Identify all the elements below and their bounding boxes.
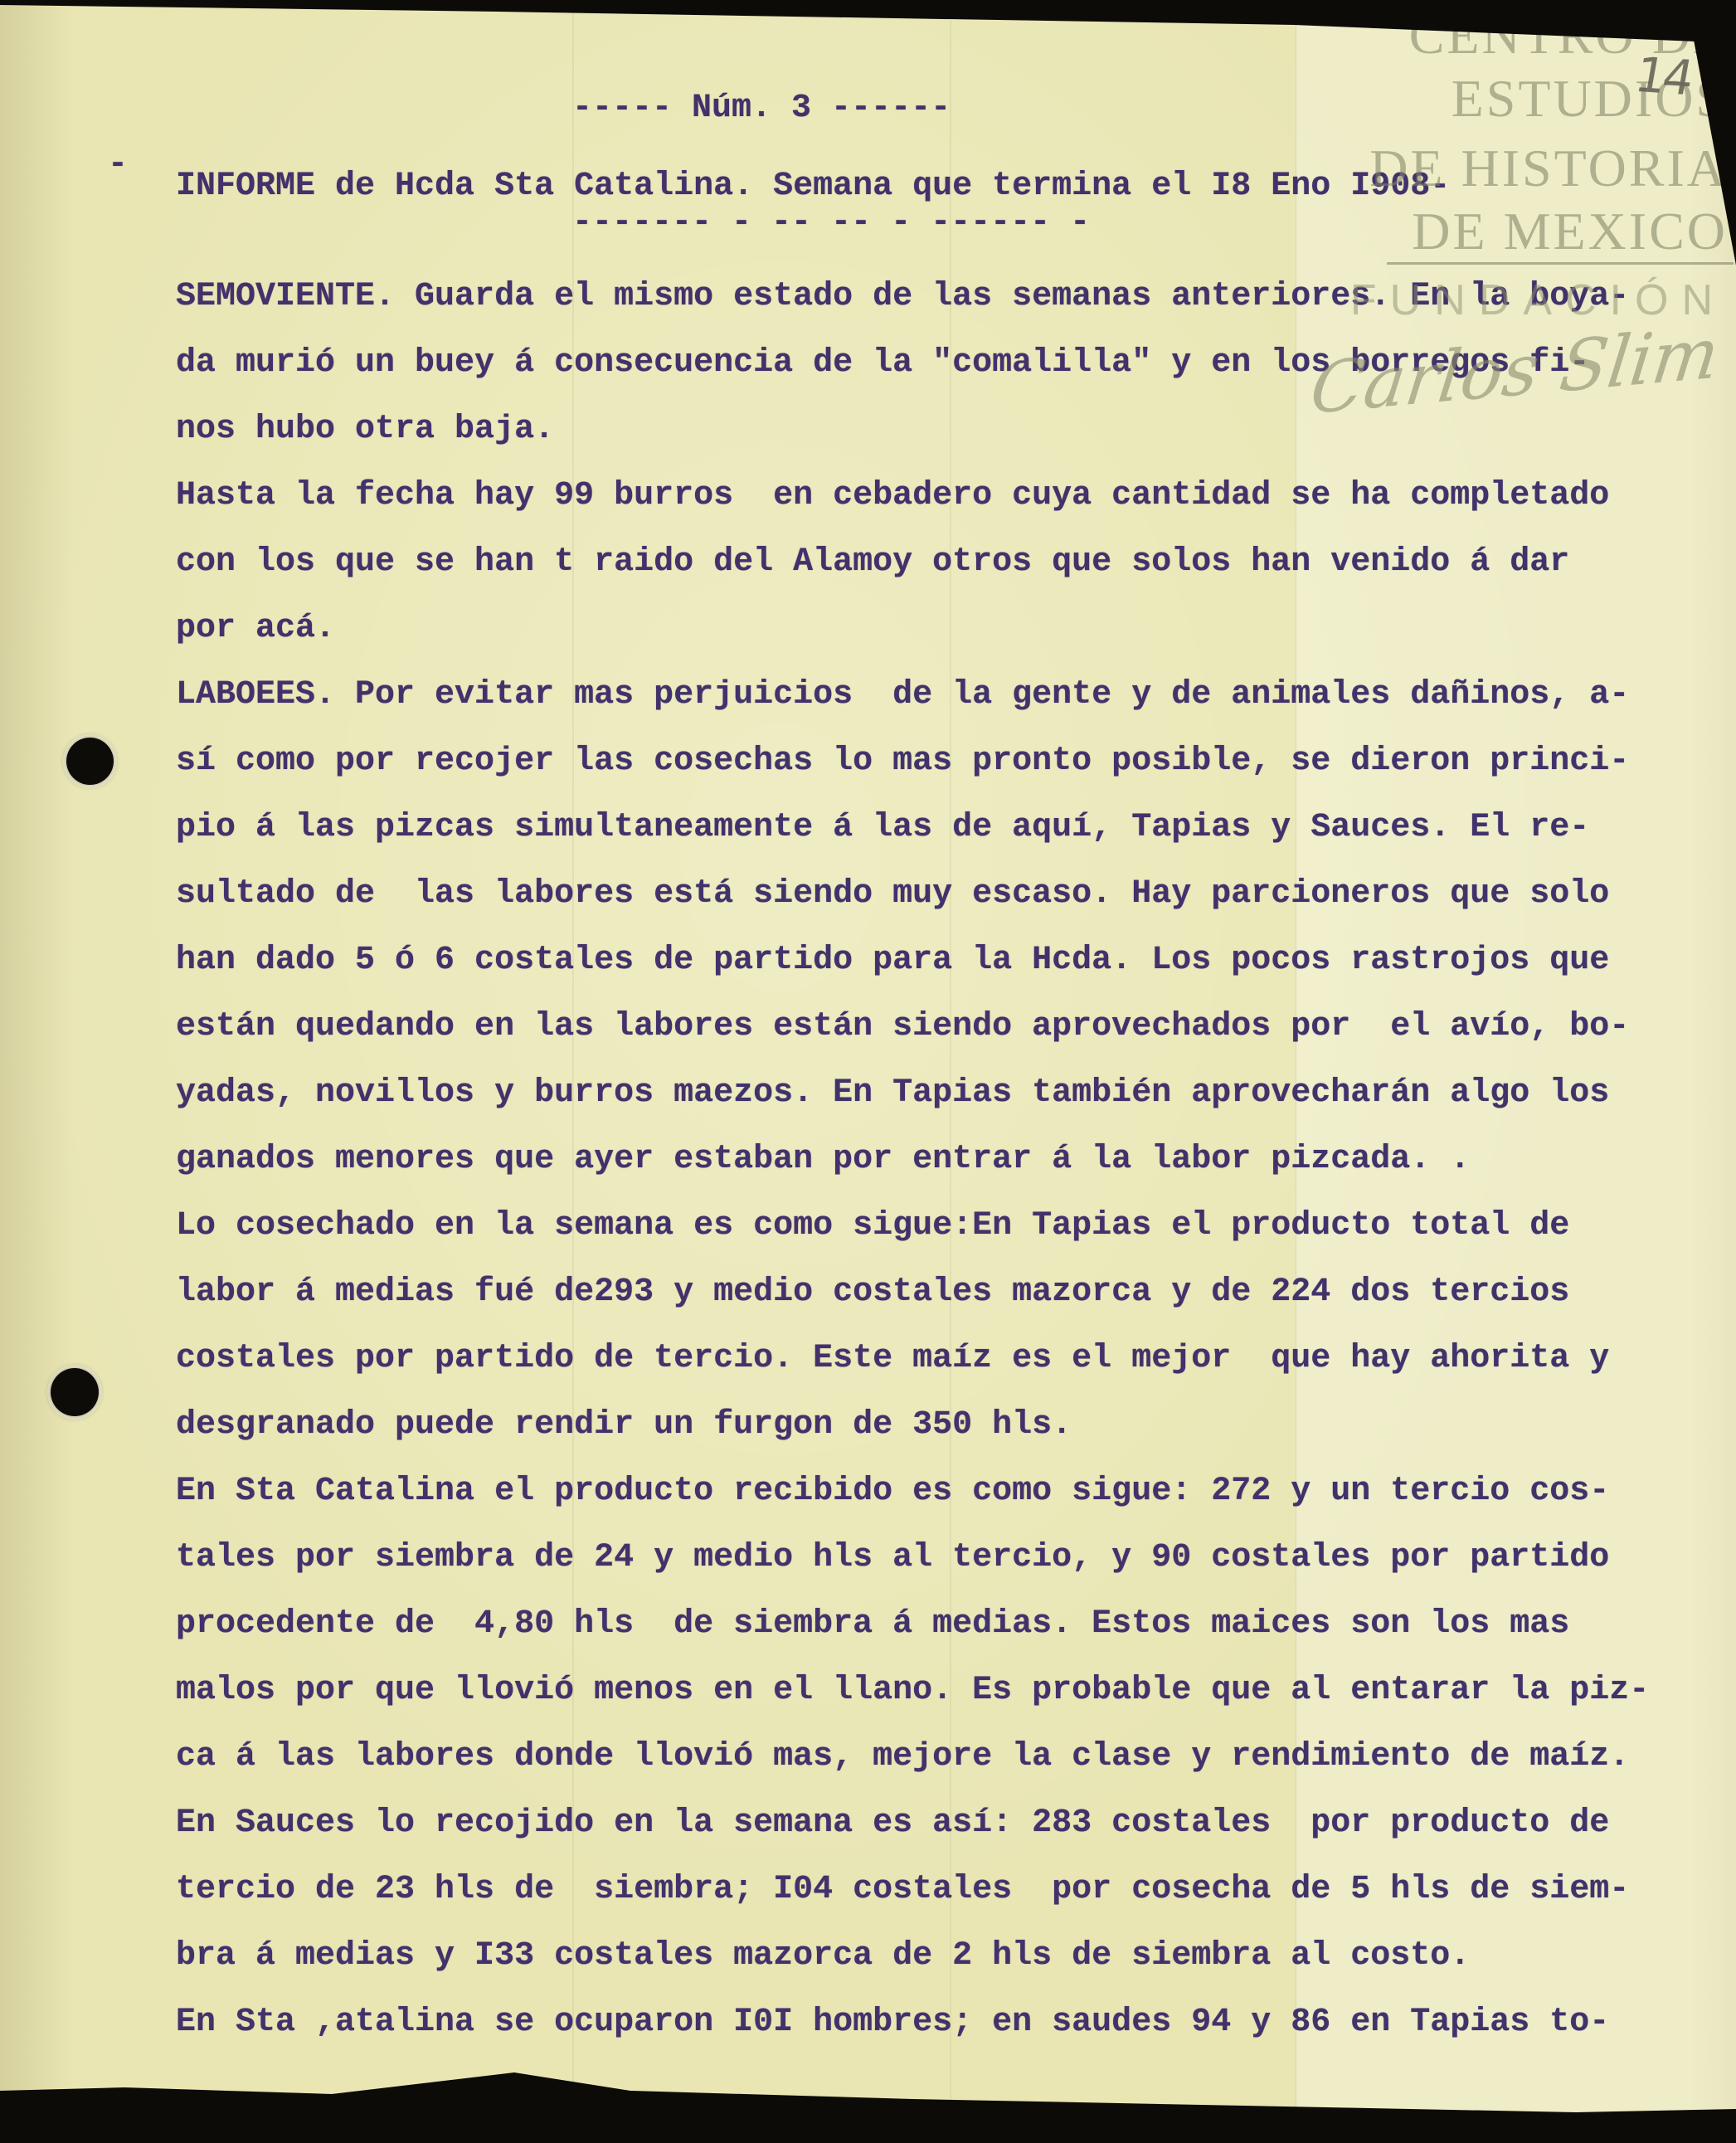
typed-line: Hasta la fecha hay 99 burros en cebadero… [176, 463, 1649, 529]
typed-line: tales por siembra de 24 y medio hls al t… [176, 1525, 1649, 1591]
typed-line: yadas, novillos y burros maezos. En Tapi… [176, 1060, 1649, 1127]
punch-hole [66, 738, 114, 785]
typed-line: labor á medias fué de293 y medio costale… [176, 1259, 1649, 1326]
typed-line: pio á las pizcas simultaneamente á las d… [176, 795, 1649, 861]
typed-line: Lo cosechado en la semana es como sigue:… [176, 1193, 1649, 1259]
page-number-line: ----- Núm. 3 ------ [572, 90, 951, 127]
watermark-de-historia: DE HISTORIA [1369, 138, 1728, 199]
typed-line: con los que se han t raido del Alamoy ot… [176, 529, 1649, 596]
typed-line: están quedando en las labores están sien… [176, 994, 1649, 1060]
report-body: SEMOVIENTE. Guarda el mismo estado de la… [176, 264, 1649, 2056]
typed-line: En Sauces lo recojido en la semana es as… [176, 1790, 1649, 1857]
typed-line: tercio de 23 hls de siembra; I04 costale… [176, 1857, 1649, 1923]
punch-hole [51, 1368, 99, 1416]
typed-line: sultado de las labores está siendo muy e… [176, 861, 1649, 928]
typed-line: En Sta Catalina el producto recibido es … [176, 1459, 1649, 1525]
pencil-number-note: 14 [1631, 46, 1695, 106]
typed-line: desgranado puede rendir un furgon de 350… [176, 1392, 1649, 1459]
report-title: INFORME de Hcda Sta Catalina. Semana que… [176, 168, 1450, 205]
scanned-document: ----- Núm. 3 ------ - INFORME de Hcda St… [0, 0, 1736, 2143]
watermark-rule [1387, 262, 1734, 265]
typed-line: procedente de 4,80 hls de siembra á medi… [176, 1591, 1649, 1658]
typed-line: ca á las labores donde llovió mas, mejor… [176, 1724, 1649, 1790]
typed-line: ganados menores que ayer estaban por ent… [176, 1127, 1649, 1193]
watermark-de-mexico: DE MEXICO [1412, 201, 1728, 262]
typed-line: sí como por recojer las cosechas lo mas … [176, 728, 1649, 795]
typed-line: LABOEES. Por evitar mas perjuicios de la… [176, 662, 1649, 728]
typed-line: costales por partido de tercio. Este maí… [176, 1326, 1649, 1392]
typed-line: bra á medias y I33 costales mazorca de 2… [176, 1923, 1649, 1990]
title-underline: ------- - -- -- - ------ - [572, 204, 1090, 241]
typed-line: han dado 5 ó 6 costales de partido para … [176, 928, 1649, 994]
typed-line: En Sta ,atalina se ocuparon I0I hombres;… [176, 1990, 1649, 2056]
stray-dash-mark: - [108, 146, 128, 183]
typed-line: por acá. [176, 596, 1649, 662]
typed-line: malos por que llovió menos en el llano. … [176, 1658, 1649, 1724]
